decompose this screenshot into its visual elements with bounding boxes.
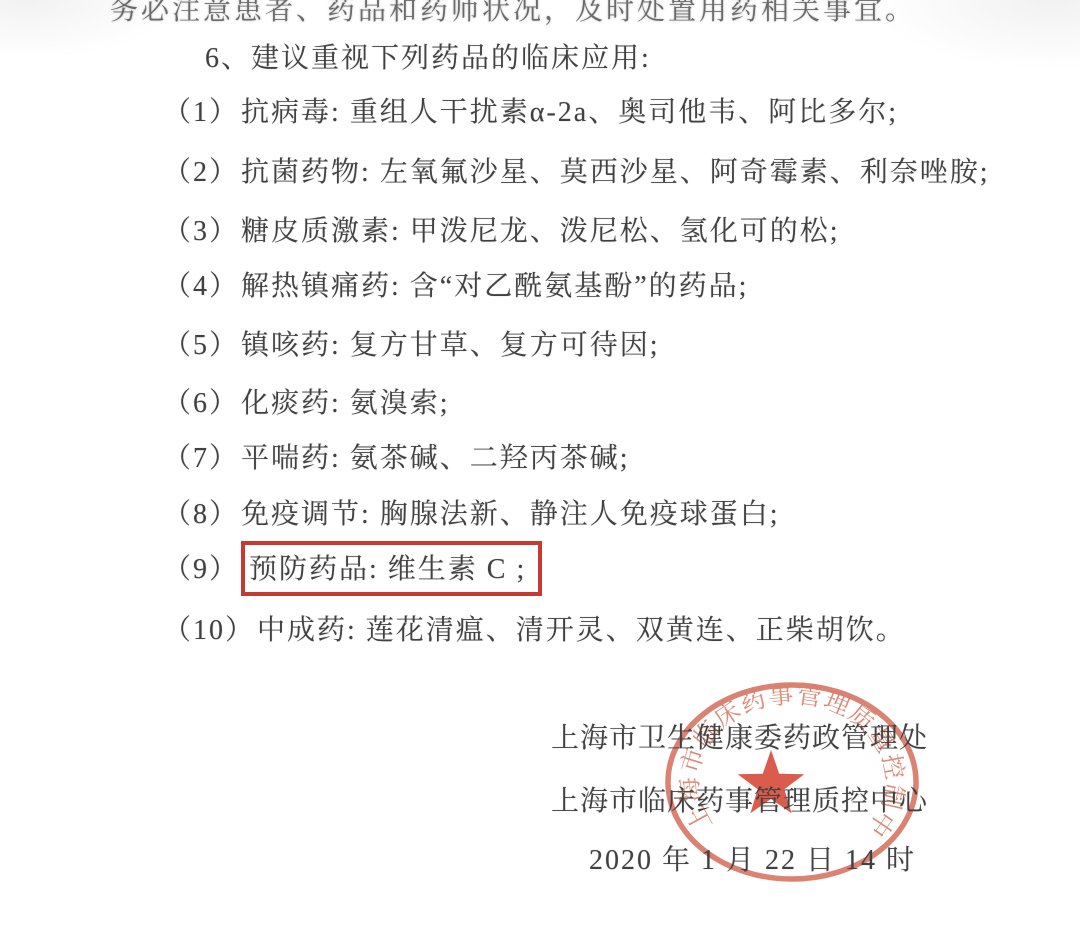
item-number: （7） <box>163 443 239 474</box>
item-number: （2） <box>163 157 239 188</box>
item-text: 抗病毒: 重组人干扰素α-2a、奥司他韦、阿比多尔; <box>241 97 898 128</box>
list-item-4: （4）解热镇痛药: 含“对乙酰氨基酚”的药品; <box>163 264 748 304</box>
item-number: （1） <box>163 97 239 128</box>
list-item-2: （2）抗菌药物: 左氧氟沙星、莫西沙星、阿奇霉素、利奈唑胺; <box>163 150 990 190</box>
scanned-notice-page: 务必注意患者、药品和药师状况，及时处置用药相关事宜。 6、建议重视下列药品的临床… <box>0 0 1080 947</box>
item-number: （8） <box>163 499 239 530</box>
item-text: 镇咳药: 复方甘草、复方可待因; <box>241 330 660 361</box>
list-item-5: （5）镇咳药: 复方甘草、复方可待因; <box>163 323 660 363</box>
section-heading: 6、建议重视下列药品的临床应用: <box>205 36 651 76</box>
signature-date-line: 2020 年 1 月 22 日 14 时 <box>589 838 916 878</box>
item-text: 解热镇痛药: 含“对乙酰氨基酚”的药品; <box>241 271 748 302</box>
item-number: （10） <box>163 615 255 646</box>
item-text: 抗菌药物: 左氧氟沙星、莫西沙星、阿奇霉素、利奈唑胺; <box>241 157 990 188</box>
item-text: 平喘药: 氨茶碱、二羟丙茶碱; <box>241 443 630 474</box>
item-text: 化痰药: 氨溴索; <box>241 388 450 419</box>
list-item-10: （10）中成药: 莲花清瘟、清开灵、双黄连、正柴胡饮。 <box>163 608 906 648</box>
clipped-top-line: 务必注意患者、药品和药师状况，及时处置用药相关事宜。 <box>110 0 916 28</box>
signature-org-line-2: 上海市临床药事管理质控中心 <box>551 779 928 819</box>
list-item-9: （9）预防药品: 维生素 C ; <box>163 547 542 596</box>
list-item-6: （6）化痰药: 氨溴索; <box>163 381 450 421</box>
highlight-box: 预防药品: 维生素 C ; <box>241 541 542 596</box>
item-number: （9） <box>163 554 239 585</box>
list-item-8: （8）免疫调节: 胸腺法新、静注人免疫球蛋白; <box>163 492 780 532</box>
list-item-1: （1）抗病毒: 重组人干扰素α-2a、奥司他韦、阿比多尔; <box>163 90 898 130</box>
list-item-3: （3）糖皮质激素: 甲泼尼龙、泼尼松、氢化可的松; <box>163 209 840 249</box>
item-text: 糖皮质激素: 甲泼尼龙、泼尼松、氢化可的松; <box>241 216 840 247</box>
item-number: （6） <box>163 388 239 419</box>
list-item-7: （7）平喘药: 氨茶碱、二羟丙茶碱; <box>163 436 630 476</box>
item-number: （3） <box>163 216 239 247</box>
item-text: 免疫调节: 胸腺法新、静注人免疫球蛋白; <box>241 499 780 530</box>
item-number: （4） <box>163 271 239 302</box>
item-number: （5） <box>163 330 239 361</box>
highlighted-text: 预防药品: 维生素 C ; <box>249 554 526 585</box>
item-text: 中成药: 莲花清瘟、清开灵、双黄连、正柴胡饮。 <box>257 615 906 646</box>
signature-org-line-1: 上海市卫生健康委药政管理处 <box>551 716 928 756</box>
